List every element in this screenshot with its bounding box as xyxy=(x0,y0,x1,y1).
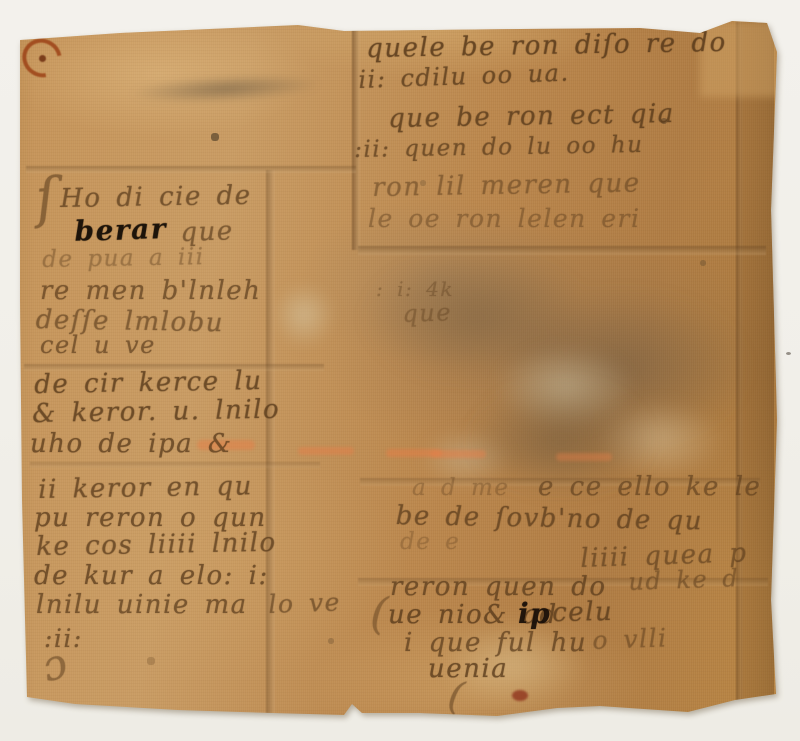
manuscript-line: celu xyxy=(552,599,613,626)
manuscript-line: ii: cdilu oo ua. xyxy=(358,61,570,92)
manuscript-line: lo ve xyxy=(268,589,341,617)
manuscript-line: ii keror en qu xyxy=(38,473,253,503)
margin-speck xyxy=(786,352,791,355)
manuscript-line: Ho di cie de xyxy=(60,183,252,212)
manuscript-line: re men b'lnleh xyxy=(40,278,261,304)
parchment-surface: ſHo di cie deberarquede pua a iiire men … xyxy=(0,0,800,741)
manuscript-line: que be ron ect qia xyxy=(388,101,675,132)
manuscript-line: que xyxy=(402,300,452,326)
manuscript-line: :ii: quen do lu oo hu xyxy=(354,134,644,162)
manuscript-line: de cir kerce lu xyxy=(34,368,263,398)
handwriting-layer: ſHo di cie deberarquede pua a iiire men … xyxy=(0,0,800,741)
ink-specks xyxy=(0,0,2,2)
manuscript-line: ron lil meren que xyxy=(372,170,641,201)
manuscript-line: & keror. u. lnilo xyxy=(32,397,280,427)
manuscript-line: ud ke d xyxy=(628,566,739,594)
manuscript-line: : i: 4k xyxy=(376,279,454,299)
manuscript-line: o vlli xyxy=(592,625,668,653)
manuscript-line: quele be ron diſo re do xyxy=(366,30,727,62)
manuscript-line: ſ xyxy=(34,171,59,226)
manuscript-line: que xyxy=(180,218,234,246)
manuscript-line: berar xyxy=(74,215,167,246)
manuscript-line: de pua a iii xyxy=(42,246,205,272)
manuscript-line: de kur a elo: i: xyxy=(34,563,269,589)
manuscript-line: i que ful hu xyxy=(404,630,587,656)
manuscript-line: ip xyxy=(518,600,551,628)
manuscript-line: le oe ron lelen eri xyxy=(368,206,640,231)
parchment: ſHo di cie deberarquede pua a iiire men … xyxy=(0,0,800,741)
manuscript-line: pu reron o qun xyxy=(34,505,267,531)
manuscript-line: de e xyxy=(400,531,460,554)
scanned-manuscript-page: { "page": { "background_color": "#f1efe9… xyxy=(0,0,800,741)
manuscript-line: uho de ipa & xyxy=(30,431,233,457)
manuscript-line: a d me xyxy=(412,477,509,500)
manuscript-line: cel u ve xyxy=(40,333,156,357)
manuscript-line: reron quen do xyxy=(390,574,607,600)
manuscript-line: ke cos liiii lnilo xyxy=(36,530,277,560)
manuscript-line: e ce ello ke le xyxy=(538,474,761,500)
manuscript-line: lnilu uinie ma xyxy=(36,592,248,618)
